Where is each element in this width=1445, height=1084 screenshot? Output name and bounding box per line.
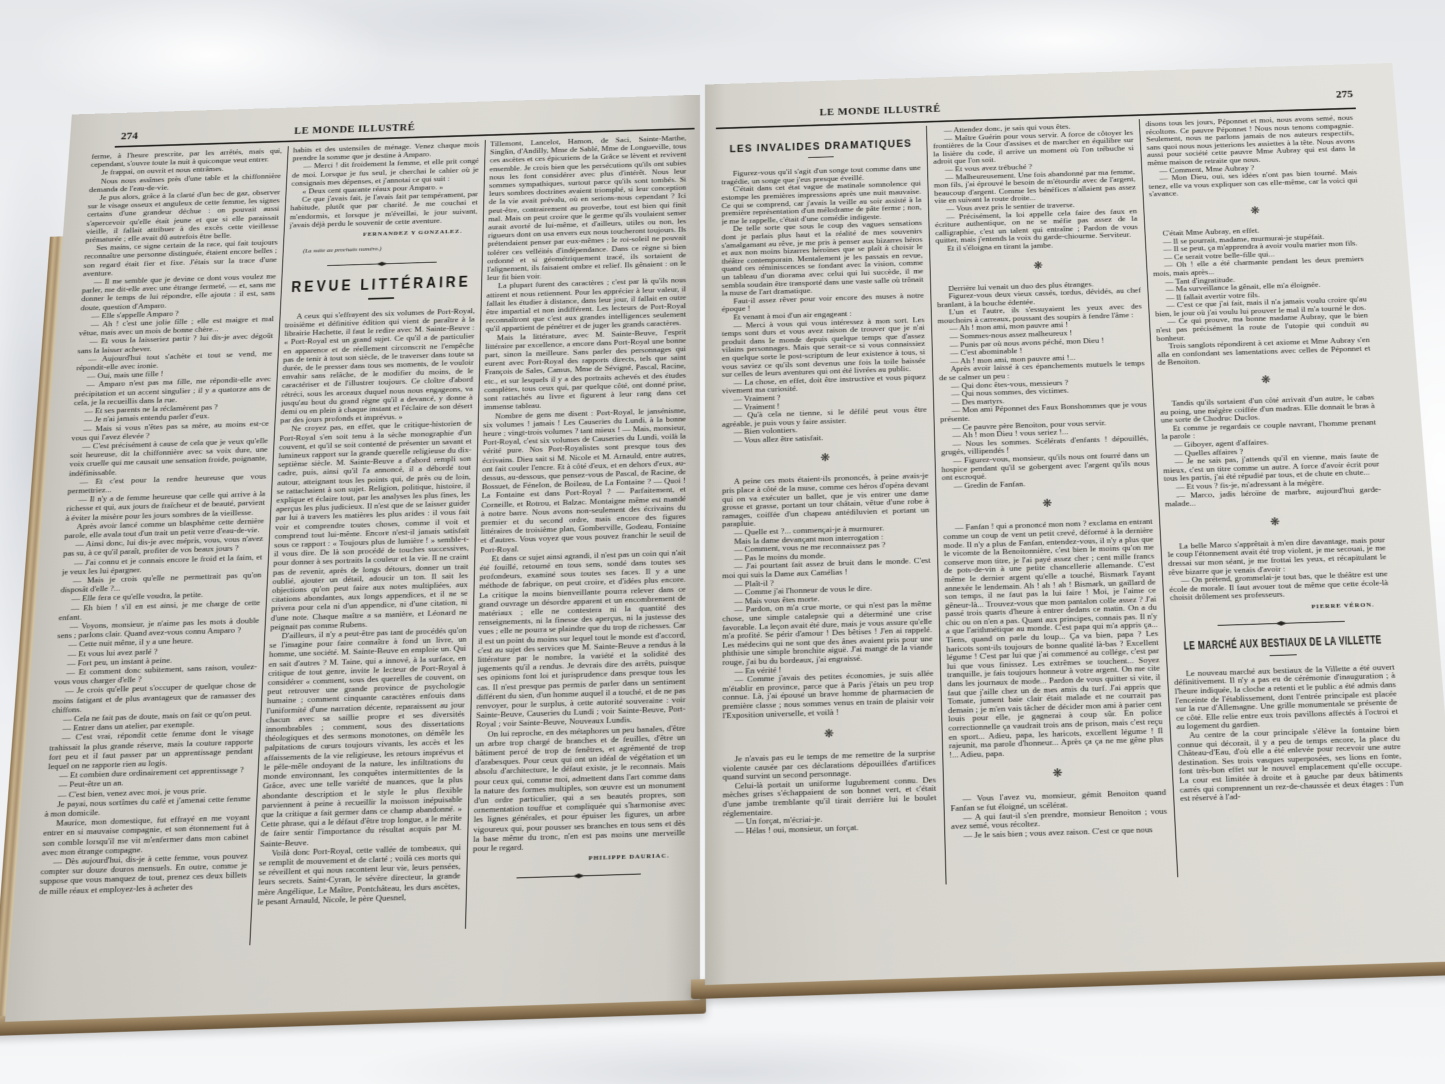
asterism-ornament: ❋ bbox=[722, 449, 928, 468]
title-underline bbox=[1270, 654, 1297, 656]
paragraph: On lui reproche, en des métaphores un pe… bbox=[473, 723, 686, 854]
continuation-note: (La suite au prochain numéro.) bbox=[303, 242, 477, 256]
column-2: habits et des ustensiles de ménage. Vene… bbox=[255, 140, 479, 945]
paragraph: — Dès aujourd'hui, dis-je à cette femme,… bbox=[39, 851, 248, 896]
paragraph: A ceux qui s'effrayent des six volumes d… bbox=[280, 306, 475, 425]
author-signature: PHILIPPE DAURIAC. bbox=[472, 852, 669, 868]
paragraph: — Mon Dieu, oui, ses idées n'ont pas bie… bbox=[1148, 169, 1359, 199]
asterism-ornament: ❋ bbox=[1158, 370, 1373, 389]
author-signature: FERNANDEZ Y GONZALEZ. bbox=[289, 228, 463, 242]
asterism-ornament: ❋ bbox=[1150, 201, 1360, 219]
column-2: — Attendez donc, je sais qui vous êtes.—… bbox=[932, 121, 1170, 884]
paragraph: Nombre de gens me disent : Port-Royal, l… bbox=[480, 405, 686, 554]
section-title: REVUE LITTÉRAIRE bbox=[286, 272, 476, 296]
paragraph-continued: disons tous les jours, Péponnet et moi, … bbox=[1145, 114, 1356, 167]
section-title-text: LE MARCHÉ AUX BESTIAUX DE LA VILLETTE bbox=[1183, 633, 1382, 653]
left-page: 274 LE MONDE ILLUSTRÉ ferme, à l'heure p… bbox=[5, 95, 700, 1022]
paragraph: — Comme j'avais des petites économies, j… bbox=[722, 670, 934, 721]
asterism-ornament: ❋ bbox=[1166, 512, 1384, 531]
author-signature: PIERRE VÉRON. bbox=[1170, 601, 1374, 616]
paragraph: Au centre de la cour principale s'élève … bbox=[1177, 725, 1405, 804]
paragraph: — On prétend, grommelai-je tout bas, que… bbox=[1169, 570, 1389, 603]
section-title-text: LES INVALIDES DRAMATIQUES bbox=[729, 136, 912, 156]
asterism-ornament: ❋ bbox=[723, 724, 935, 744]
paragraph: — C'est vrai, répondit cette femme dont … bbox=[48, 727, 254, 771]
paragraph: La plupart furent des caractères ; c'est… bbox=[486, 276, 687, 334]
column-1: LES INVALIDES DRAMATIQUESFigurez-vous qu… bbox=[721, 128, 938, 892]
paragraph: — Précisément, la loi appelle cela faire… bbox=[935, 207, 1139, 245]
right-page: 275 LE MONDE ILLUSTRÉ LES INVALIDES DRAM… bbox=[705, 63, 1445, 985]
title-underline bbox=[368, 298, 394, 300]
ornamental-divider bbox=[327, 259, 437, 269]
page-number: 275 bbox=[1335, 88, 1353, 101]
paragraph: Maurice, mon domestique, fut effrayé en … bbox=[42, 812, 250, 857]
asterism-ornament: ❋ bbox=[942, 494, 1151, 513]
ornamental-divider bbox=[517, 870, 641, 882]
paragraph: Trois sanglots répondirent à cet axiome … bbox=[1157, 336, 1372, 367]
column-3: Tillemont, Lancelot, Hamon, de Saci, Sai… bbox=[471, 134, 687, 945]
section-title: LES INVALIDES DRAMATIQUES bbox=[721, 136, 920, 156]
title-underline bbox=[808, 156, 834, 158]
paragraph: — Pardon, on m'a crue morte, ce qui n'es… bbox=[722, 600, 933, 667]
paragraph-continued: Tillemont, Lancelot, Hamon, de Saci, Sai… bbox=[487, 134, 687, 282]
section-title: LE MARCHÉ AUX BESTIAUX DE LA VILLETTE bbox=[1172, 633, 1393, 654]
paragraph: Mais la littérature, avec M. Sainte-Beuv… bbox=[484, 327, 686, 411]
section-title-text: REVUE LITTÉRAIRE bbox=[291, 273, 471, 297]
paragraph: Le nouveau marché aux bestiaux de la Vil… bbox=[1174, 663, 1399, 732]
paragraph: Ne croyez pas, en effet, que le critique… bbox=[270, 419, 472, 632]
asterism-ornament: ❋ bbox=[936, 256, 1140, 274]
paragraph: D'ailleurs, il n'y a peut-être pas tant … bbox=[260, 625, 467, 848]
paragraph: Voilà donc Port-Royal, cette vallée de t… bbox=[257, 842, 461, 907]
paragraph: A peine ces mots étaient-ils prononcés, … bbox=[722, 472, 930, 529]
page-number: 274 bbox=[120, 130, 138, 143]
asterism-ornament: ❋ bbox=[949, 763, 1165, 783]
paragraph: — Merci à vous qui vous intéressez à mon… bbox=[722, 316, 926, 380]
paragraph: De telle sorte que sous le coup des vagu… bbox=[722, 220, 924, 298]
paragraph: Ce que j'avais fait, je l'avais fait par… bbox=[289, 190, 478, 229]
paragraph: Je pus alors, grâce à la clarté d'un bec… bbox=[85, 188, 280, 244]
ornamental-divider bbox=[1217, 618, 1345, 629]
paragraph: — Fanfan ! qui a prononcé mon nom ? excl… bbox=[943, 518, 1164, 760]
paragraph: Et dans ce sujet ainsi agrandi, il n'est… bbox=[476, 548, 686, 730]
